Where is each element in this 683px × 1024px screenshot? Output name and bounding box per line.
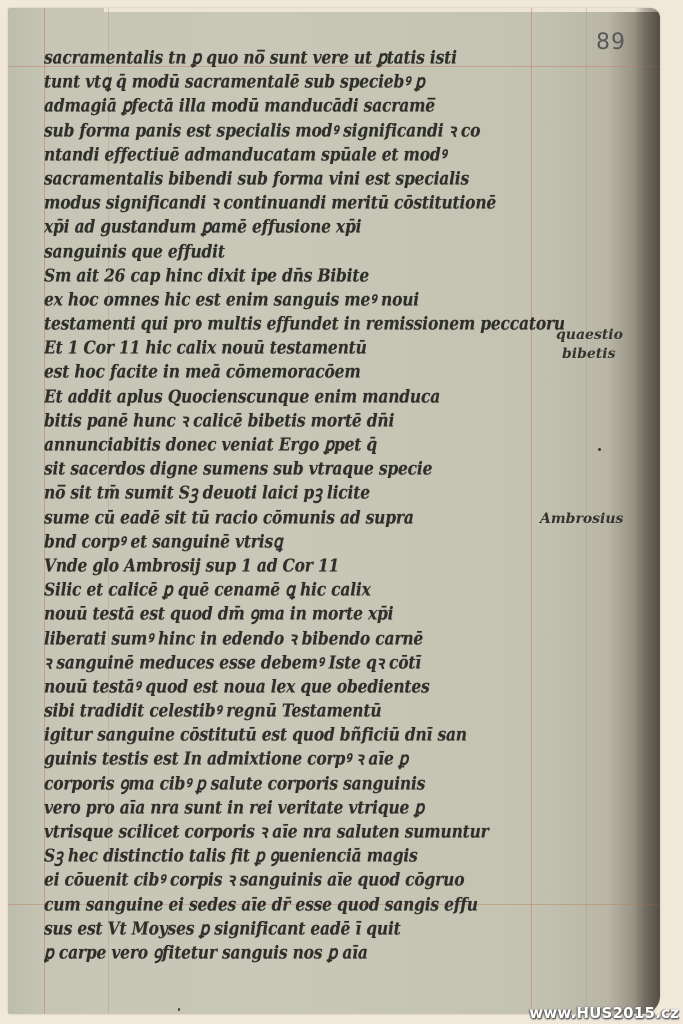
watermark: www.HUS2015.cz xyxy=(529,1004,679,1022)
text-line: xp̄i ad gustandum ꝑamē effusione xp̄i xyxy=(44,213,564,241)
text-line: nouū testā est quod dm̄ ꝯma in morte xp̄… xyxy=(44,600,564,628)
page-top-tear xyxy=(104,8,660,12)
folio-number: 89 xyxy=(596,30,626,55)
marginal-note: Ambrosius xyxy=(540,510,623,528)
marginal-note: bibetis xyxy=(562,345,615,363)
text-line: ꝑ carpe vero ꝯfitetur sanguis nos ꝑ aīa xyxy=(44,939,564,967)
ink-speck xyxy=(598,448,601,451)
manuscript-page: 89 sacramentalis tn ꝑ quo no̅ sunt vere … xyxy=(8,8,660,1014)
ink-speck xyxy=(178,1008,180,1011)
page-edge-shadow xyxy=(634,8,660,1014)
marginal-note: quaestio xyxy=(556,326,623,344)
manuscript-text-block: sacramentalis tn ꝑ quo no̅ sunt vere ut … xyxy=(44,46,564,965)
